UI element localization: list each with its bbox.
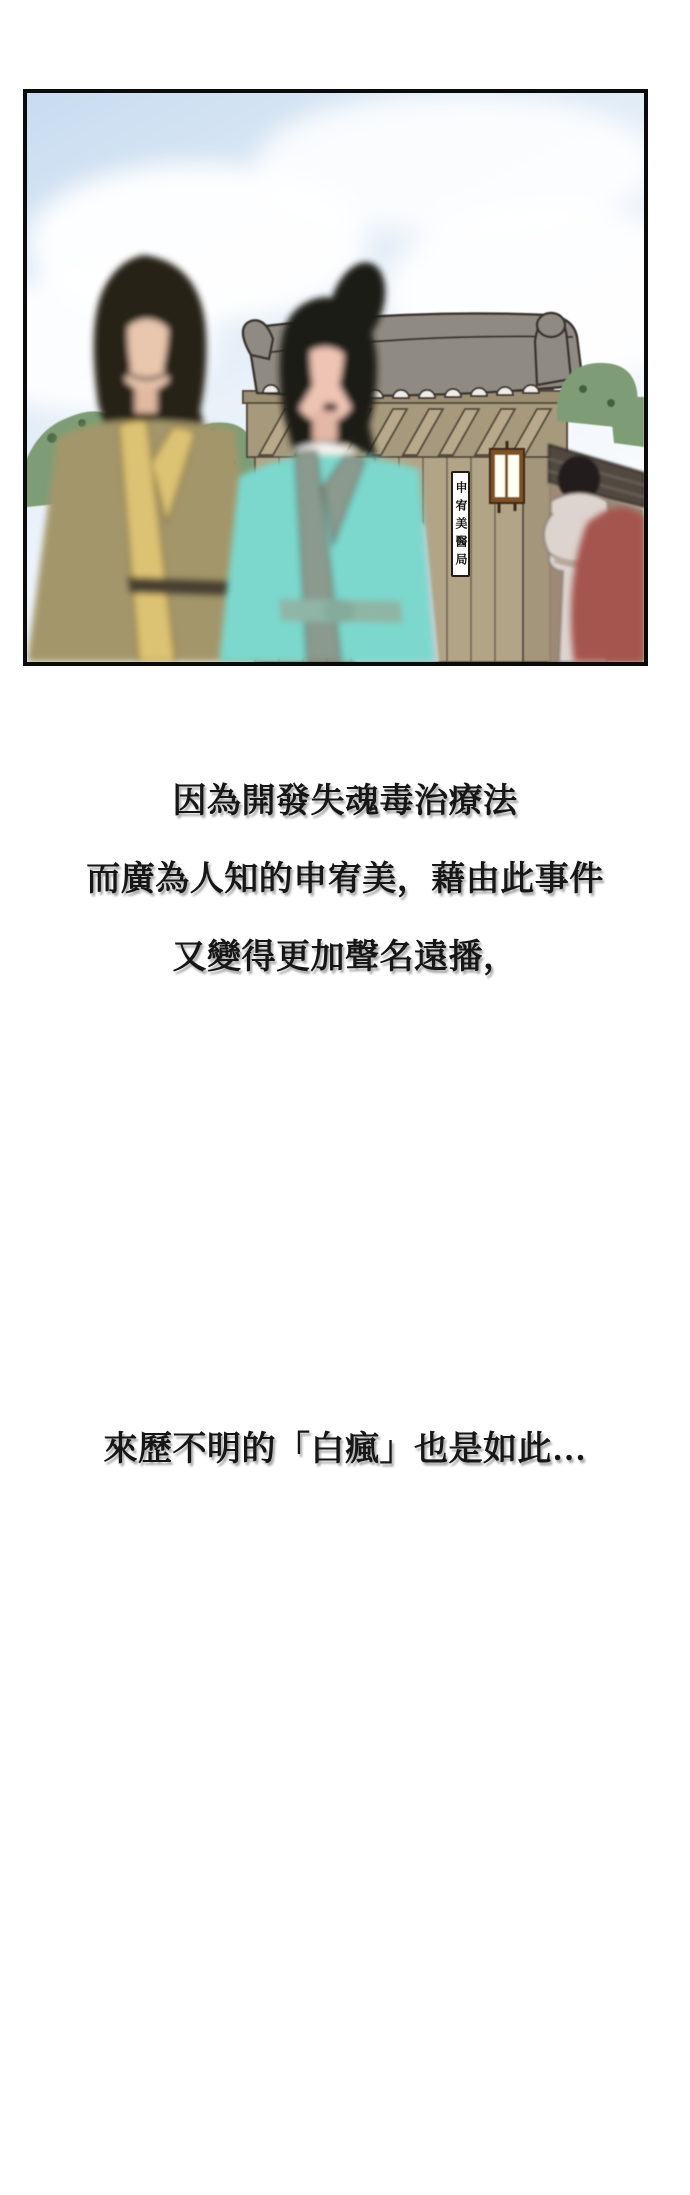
narration-closing-line: 來歷不明的「白瘋」也是如此… xyxy=(0,1411,690,1489)
lantern xyxy=(490,441,524,513)
narration-closing: 來歷不明的「白瘋」也是如此… xyxy=(0,1411,690,1489)
narration-line-2: 而廣為人知的申宥美，藉由此事件 xyxy=(0,841,690,919)
panel-illustration xyxy=(27,93,644,662)
page-root: { "page": { "background": "#ffffff" }, "… xyxy=(0,0,690,2195)
narration-line-3: 又變得更加聲名遠播， xyxy=(0,919,690,997)
clinic-sign: 申宥美醫局 xyxy=(451,471,470,577)
comic-panel: 申宥美醫局 xyxy=(23,89,648,666)
narration-paragraph: 因為開發失魂毒治療法 而廣為人知的申宥美，藉由此事件 又變得更加聲名遠播， xyxy=(0,763,690,997)
narration-line-1: 因為開發失魂毒治療法 xyxy=(0,763,690,841)
